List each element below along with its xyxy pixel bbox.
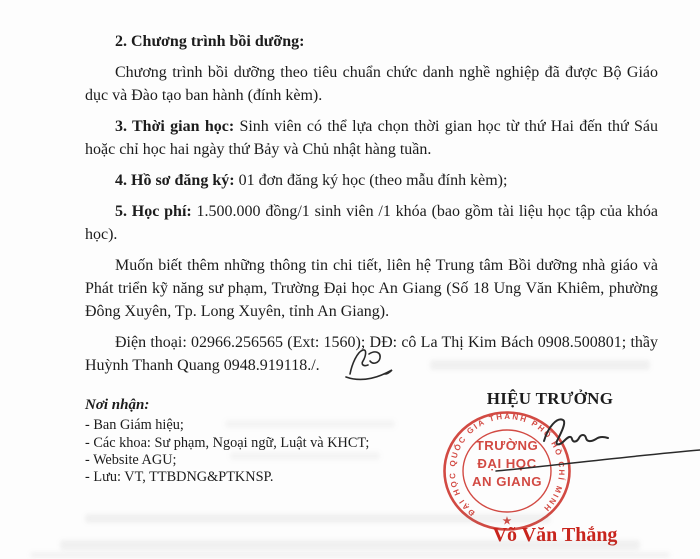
bleed-through-smudge: [85, 514, 550, 523]
recipient-item: - Các khoa: Sư phạm, Ngoại ngữ, Luật và …: [85, 435, 369, 452]
bleed-through-smudge: [430, 360, 650, 370]
section-2-heading: 2. Chương trình bồi dưỡng:: [85, 30, 658, 53]
section-5-paragraph: 5. Học phí: 1.500.000 đồng/1 sinh viên /…: [85, 200, 658, 246]
recipient-item: - Lưu: VT, TTBDNG&PTKNSP.: [85, 469, 369, 486]
section-4-paragraph: 4. Hồ sơ đăng ký: 01 đơn đăng ký học (th…: [85, 169, 658, 192]
section-2-body: Chương trình bồi dưỡng theo tiêu chuẩn c…: [85, 61, 658, 107]
document-body: 2. Chương trình bồi dưỡng: Chương trình …: [85, 30, 658, 385]
section-5-heading: 5. Học phí:: [115, 203, 192, 220]
handwritten-paraph: [342, 344, 400, 382]
signature-ink: [460, 405, 700, 485]
contact-paragraph: Muốn biết thêm những thông tin chi tiết,…: [85, 254, 658, 323]
section-3-heading: 3. Thời gian học:: [115, 118, 234, 135]
section-4-body: 01 đơn đăng ký học (theo mẫu đính kèm);: [239, 172, 508, 189]
document-page: 2. Chương trình bồi dưỡng: Chương trình …: [0, 0, 700, 559]
recipients-label: Nơi nhận:: [85, 397, 369, 414]
bleed-through-smudge: [225, 420, 395, 428]
recipients-block: Nơi nhận: - Ban Giám hiệu; - Các khoa: S…: [85, 397, 369, 486]
bleed-through-smudge: [230, 452, 380, 460]
bleed-through-smudge: [30, 552, 670, 558]
bleed-through-smudge: [60, 540, 640, 550]
section-3-paragraph: 3. Thời gian học: Sinh viên có thể lựa c…: [85, 115, 658, 161]
section-4-heading: 4. Hồ sơ đăng ký:: [115, 172, 235, 189]
